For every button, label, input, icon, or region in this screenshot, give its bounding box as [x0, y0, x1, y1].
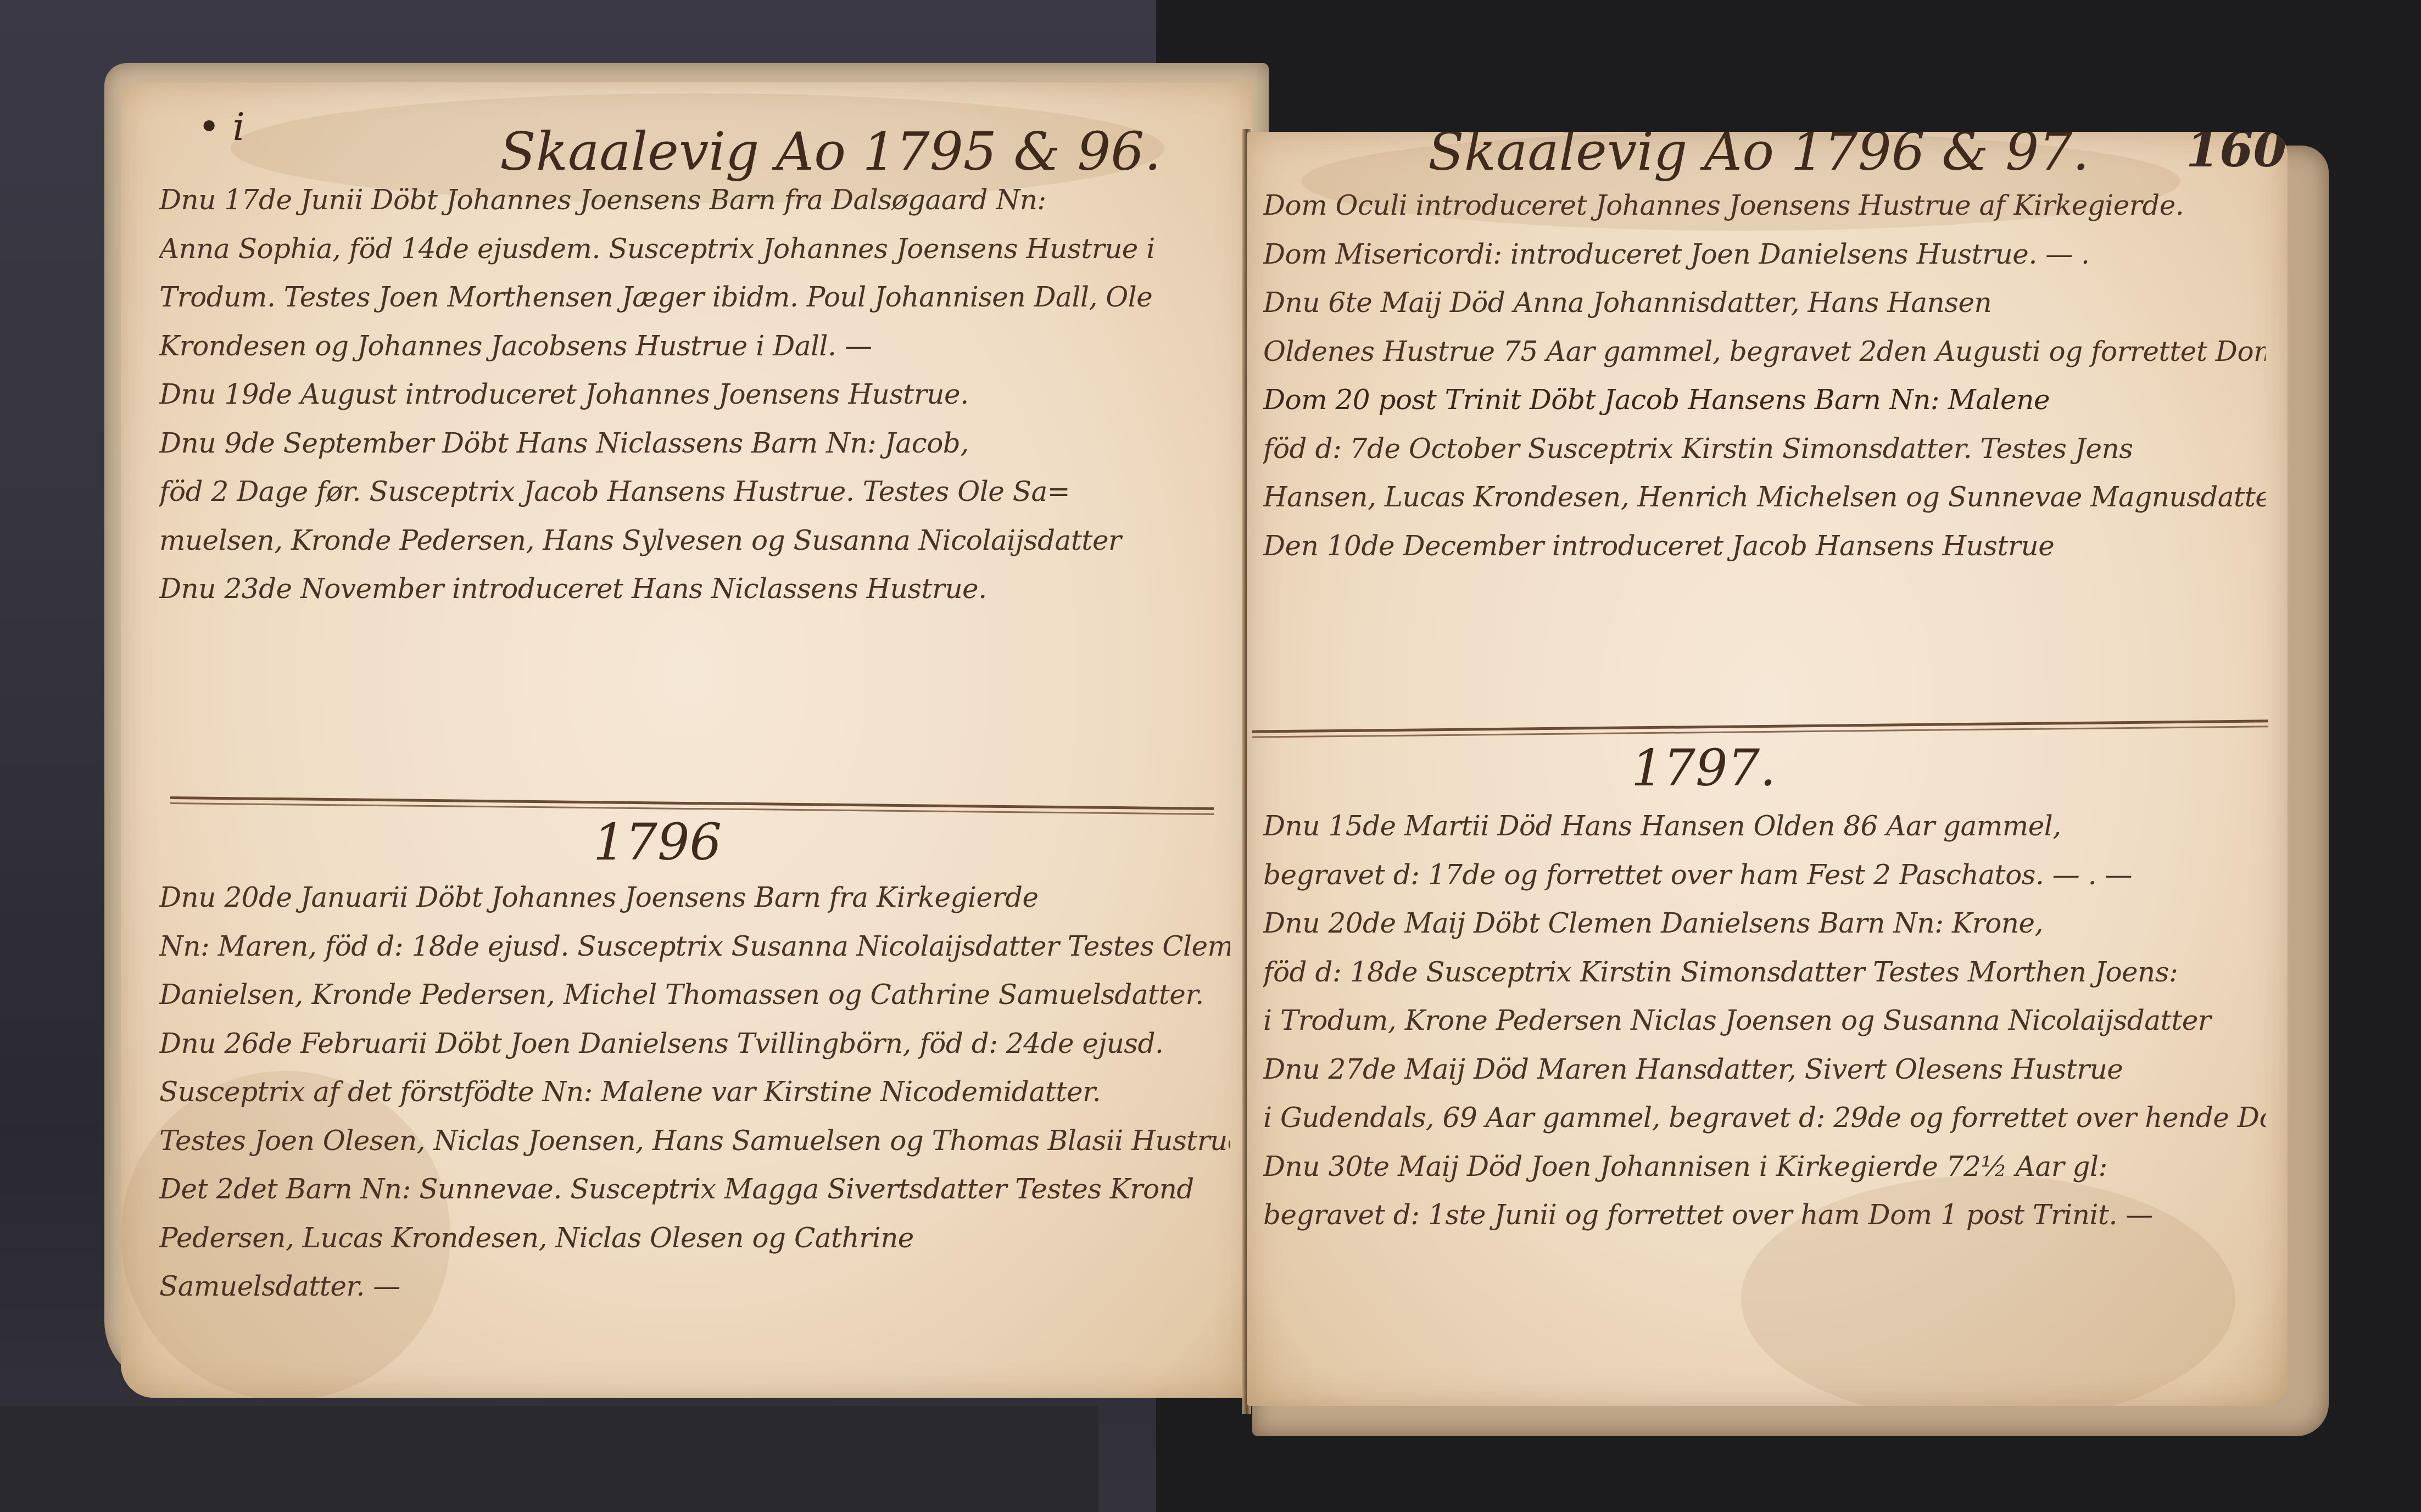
entry-line: Dnu 30te Maij Död Joen Johannisen i Kirk… [1263, 1142, 2266, 1191]
entry-line: muelsen, Kronde Pedersen, Hans Sylvesen … [159, 516, 1230, 565]
page-heading: Skaalevig Ao 1796 & 97. [1428, 132, 2089, 182]
entry-line: Oldenes Hustrue 75 Aar gammel, begravet … [1263, 327, 2266, 376]
entry-line: Den 10de December introduceret Jacob Han… [1263, 522, 2266, 571]
year-heading-1796: 1796 [593, 813, 722, 872]
entry-line: Dnu 26de Februarii Döbt Joen Danielsens … [159, 1019, 1230, 1068]
entry-line: föd d: 18de Susceptrix Kirstin Simonsdat… [1263, 948, 2266, 997]
entries-1796: Dnu 20de Januarii Döbt Johannes Joensens… [159, 873, 1230, 1311]
entry-line: Dom Oculi introduceret Johannes Joensens… [1263, 181, 2266, 230]
entry-line: Dnu 23de November introduceret Hans Nicl… [159, 565, 1230, 613]
entry-line: föd d: 7de October Susceptrix Kirstin Si… [1263, 425, 2266, 473]
entries-1795: Dnu 17de Junii Döbt Johannes Joensens Ba… [159, 176, 1230, 613]
entry-line: Anna Sophia, föd 14de ejusdem. Susceptri… [159, 225, 1230, 274]
entry-line: i Trodum, Krone Pedersen Niclas Joensen … [1263, 996, 2266, 1045]
entry-line: Dnu 20de Maij Döbt Clemen Danielsens Bar… [1263, 899, 2266, 948]
entry-line: Dnu 27de Maij Död Maren Hansdatter, Sive… [1263, 1045, 2266, 1094]
section-divider [1252, 719, 2268, 738]
year-heading-1797: 1797. [1631, 739, 1776, 797]
entry-line: Dnu 17de Junii Döbt Johannes Joensens Ba… [159, 176, 1230, 225]
entry-line: Hansen, Lucas Krondesen, Henrich Michels… [1263, 473, 2266, 522]
entry-line: Pedersen, Lucas Krondesen, Niclas Olesen… [159, 1214, 1230, 1263]
open-book: • i Skaalevig Ao 1795 & 96. Dnu 17de Jun… [99, 52, 2329, 1436]
entry-line: Det 2det Barn Nn: Sunnevae. Susceptrix M… [159, 1165, 1230, 1214]
entry-line: Dom Misericordi: introduceret Joen Danie… [1263, 230, 2266, 279]
entry-line: begravet d: 1ste Junii og forrettet over… [1263, 1191, 2266, 1240]
page-heading: Skaalevig Ao 1795 & 96. [500, 121, 1161, 182]
entry-line: Testes Joen Olesen, Niclas Joensen, Hans… [159, 1117, 1230, 1165]
left-page: • i Skaalevig Ao 1795 & 96. Dnu 17de Jun… [121, 82, 1252, 1398]
entry-line: Krondesen og Johannes Jacobsens Hustrue … [159, 322, 1230, 371]
entry-line: Dnu 19de August introduceret Johannes Jo… [159, 370, 1230, 419]
entry-line: Dnu 20de Januarii Döbt Johannes Joensens… [159, 873, 1230, 922]
entry-line: Dnu 6te Maij Död Anna Johannisdatter, Ha… [1263, 278, 2266, 327]
entry-line: Dnu 15de Martii Död Hans Hansen Olden 86… [1263, 802, 2266, 851]
entries-1796: Dom Oculi introduceret Johannes Joensens… [1263, 181, 2266, 570]
entry-line: Nn: Maren, föd d: 18de ejusd. Susceptrix… [159, 922, 1230, 971]
entry-line: Samuelsdatter. — [159, 1262, 1230, 1311]
entry-line: Trodum. Testes Joen Morthensen Jæger ibi… [159, 273, 1230, 322]
entry-line: Dnu 9de September Döbt Hans Niclassens B… [159, 419, 1230, 468]
entry-line: begravet d: 17de og forrettet over ham F… [1263, 851, 2266, 900]
entry-line: Susceptrix af det förstfödte Nn: Malene … [159, 1068, 1230, 1117]
page-number: 160. [2186, 132, 2288, 178]
entry-line: i Gudendals, 69 Aar gammel, begravet d: … [1263, 1093, 2266, 1142]
right-page: Skaalevig Ao 1796 & 97. 160. Dom Oculi i… [1247, 132, 2288, 1406]
ink-blot-mark: • i [198, 104, 245, 149]
entry-line: föd 2 Dage før. Susceptrix Jacob Hansens… [159, 467, 1230, 516]
section-divider [170, 796, 1214, 815]
entry-line: Danielsen, Kronde Pedersen, Michel Thoma… [159, 970, 1230, 1019]
entry-line: Dom 20 post Trinit Döbt Jacob Hansens Ba… [1263, 376, 2266, 425]
entries-1797: Dnu 15de Martii Död Hans Hansen Olden 86… [1263, 802, 2266, 1240]
